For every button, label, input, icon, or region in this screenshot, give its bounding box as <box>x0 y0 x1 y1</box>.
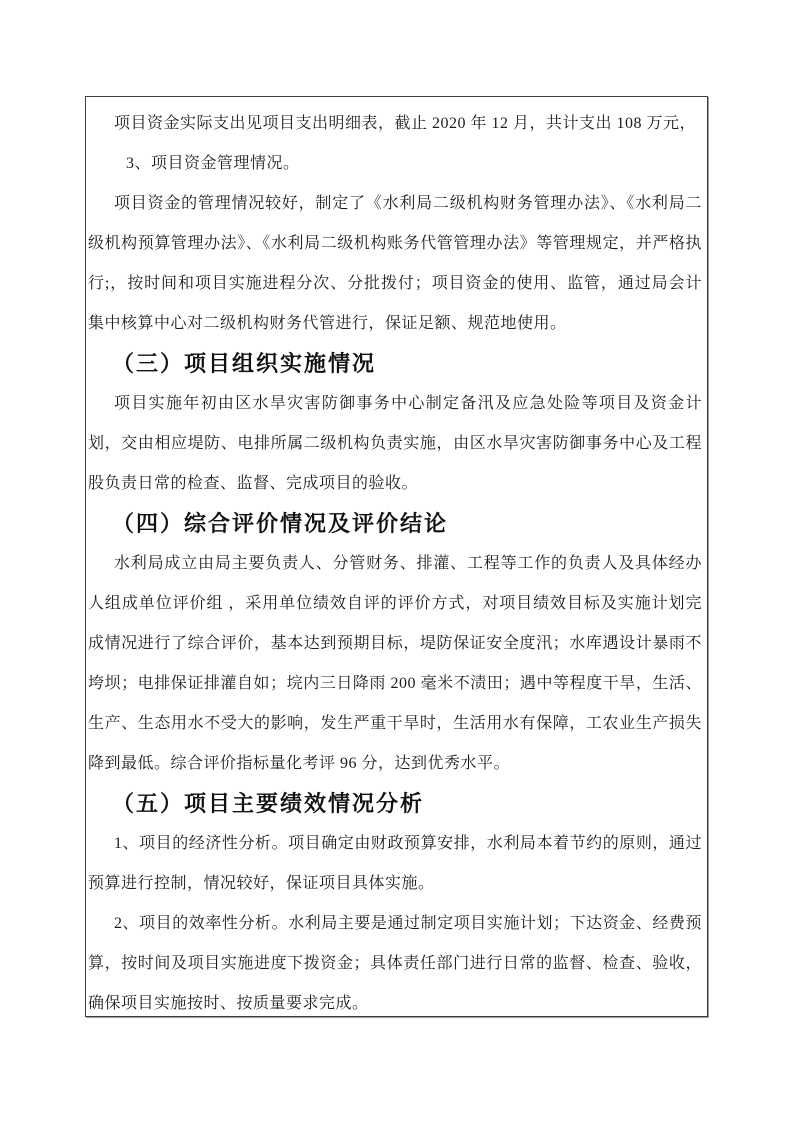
section-heading-5-performance-analysis: （五）项目主要绩效情况分析 <box>88 784 702 824</box>
paragraph-funds-management-detail: 项目资金的管理情况较好，制定了《水利局二级机构财务管理办法》、《水利局二级机构预… <box>88 184 702 344</box>
paragraph-item3-funds-management-title: 3、项目资金管理情况。 <box>88 144 702 184</box>
paragraph-comprehensive-evaluation-detail: 水利局成立由局主要负责人、分管财务、排灌、工程等工作的负责人及具体经办人组成单位… <box>88 544 702 784</box>
document-table-cell: 项目资金实际支出见项目支出明细表，截止 2020 年 12 月，共计支出 108… <box>85 96 708 1017</box>
paragraph-efficiency-analysis: 2、项目的效率性分析。水利局主要是通过制定项目实施计划；下达资金、经费预算，按时… <box>88 904 702 1017</box>
paragraph-organization-implementation-detail: 项目实施年初由区水旱灾害防御事务中心制定备汛及应急处险等项目及资金计划，交由相应… <box>88 384 702 504</box>
paragraph-economy-analysis: 1、项目的经济性分析。项目确定由财政预算安排，水利局本着节约的原则，通过预算进行… <box>88 824 702 904</box>
section-heading-4-comprehensive-evaluation: （四）综合评价情况及评价结论 <box>88 504 702 544</box>
document-page: 项目资金实际支出见项目支出明细表，截止 2020 年 12 月，共计支出 108… <box>0 0 793 1122</box>
paragraph-funds-actual-expenditure: 项目资金实际支出见项目支出明细表，截止 2020 年 12 月，共计支出 108… <box>88 104 702 144</box>
section-heading-3-organization-implementation: （三）项目组织实施情况 <box>88 344 702 384</box>
